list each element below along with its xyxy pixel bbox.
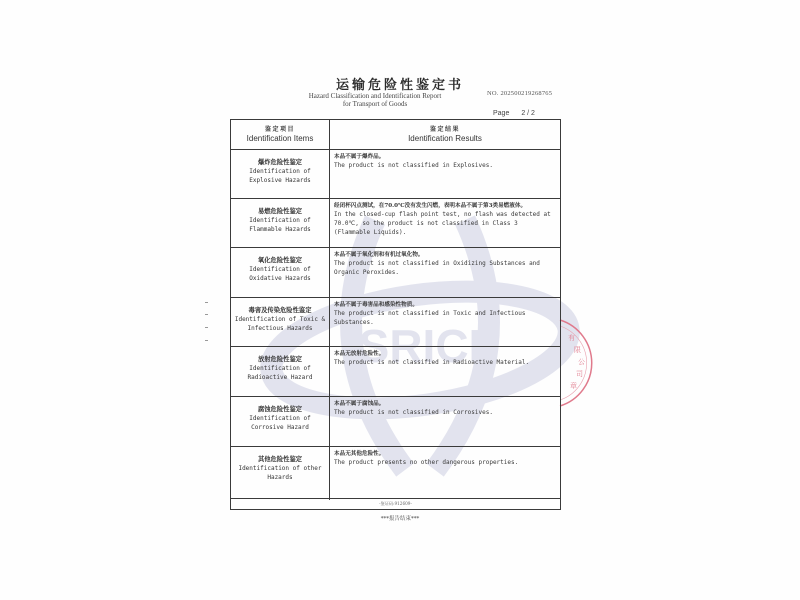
table-row: 放射危险性鉴定 Identification of Radioactive Ha… [231, 347, 560, 397]
report-number: NO. 2025002192​68765 [487, 90, 552, 97]
item-explosive: 爆炸危险性鉴定 Identification of Explosive Haza… [231, 150, 330, 198]
verification-code: -鉴证码:912609- [231, 498, 560, 509]
svg-text:章: 章 [570, 381, 577, 390]
header-results: 鉴定结果 Identification Results [330, 120, 560, 149]
table-row: 爆炸危险性鉴定 Identification of Explosive Haza… [231, 150, 560, 199]
identification-table: 鉴定项目 Identification Items 鉴定结果 Identific… [230, 119, 561, 510]
item-oxidative: 氧化危险性鉴定 Identification of Oxidative Haza… [231, 248, 330, 297]
table-row: 易燃危险性鉴定 Identification of Flammable Haza… [231, 199, 560, 248]
table-row: 毒害及传染危险性鉴定 Identification of Toxic & Inf… [231, 298, 560, 347]
page-indicator: Page 2 / 2 [493, 110, 535, 117]
document-title-cn: 运输危险性鉴定书 [0, 74, 800, 93]
item-radioactive: 放射危险性鉴定 Identification of Radioactive Ha… [231, 347, 330, 396]
margin-marks [202, 300, 212, 350]
item-other: 其他危险性鉴定 Identification of other Hazards [231, 447, 330, 500]
item-corrosive: 腐蚀危险性鉴定 Identification of Corrosive Haza… [231, 397, 330, 446]
document-title-en: Hazard Classification and Identification… [250, 92, 500, 108]
item-flammable: 易燃危险性鉴定 Identification of Flammable Haza… [231, 199, 330, 247]
report-number-value: 2025002192​68765 [500, 90, 552, 97]
table-row: 腐蚀危险性鉴定 Identification of Corrosive Haza… [231, 397, 560, 447]
table-header-row: 鉴定项目 Identification Items 鉴定结果 Identific… [231, 120, 560, 150]
report-page: SRICI 有 限 公 司 章 运输危险性鉴定书 Hazard Classifi… [0, 0, 800, 600]
table-row: 其他危险性鉴定 Identification of other Hazards … [231, 447, 560, 500]
header-items: 鉴定项目 Identification Items [231, 120, 330, 149]
table-row: 氧化危险性鉴定 Identification of Oxidative Haza… [231, 248, 560, 298]
svg-text:公: 公 [578, 358, 585, 366]
svg-text:司: 司 [576, 369, 583, 378]
result-radioactive: 本品无放射危险性。 The product is not classified … [330, 347, 560, 396]
svg-text:有: 有 [568, 333, 575, 342]
item-toxic-infectious: 毒害及传染危险性鉴定 Identification of Toxic & Inf… [231, 298, 330, 346]
result-oxidative: 本品不属于氧化剂和有机过氧化物。 The product is not clas… [330, 248, 560, 297]
svg-text:限: 限 [574, 345, 581, 354]
report-end-marker: ***报告结束*** [0, 514, 800, 522]
result-toxic-infectious: 本品不属于毒害品和感染性物质。 The product is not class… [330, 298, 560, 346]
result-explosive: 本品不属于爆炸品。 The product is not classified … [330, 150, 560, 198]
result-flammable: 经闭杯闪点测试，在70.0℃没有发生闪燃，表明本品不属于第3类易燃液体。 In … [330, 199, 560, 247]
result-other: 本品无其他危险性。 The product presents no other … [330, 447, 560, 500]
result-corrosive: 本品不属于腐蚀品。 The product is not classified … [330, 397, 560, 446]
page-number: 2 / 2 [521, 110, 535, 117]
